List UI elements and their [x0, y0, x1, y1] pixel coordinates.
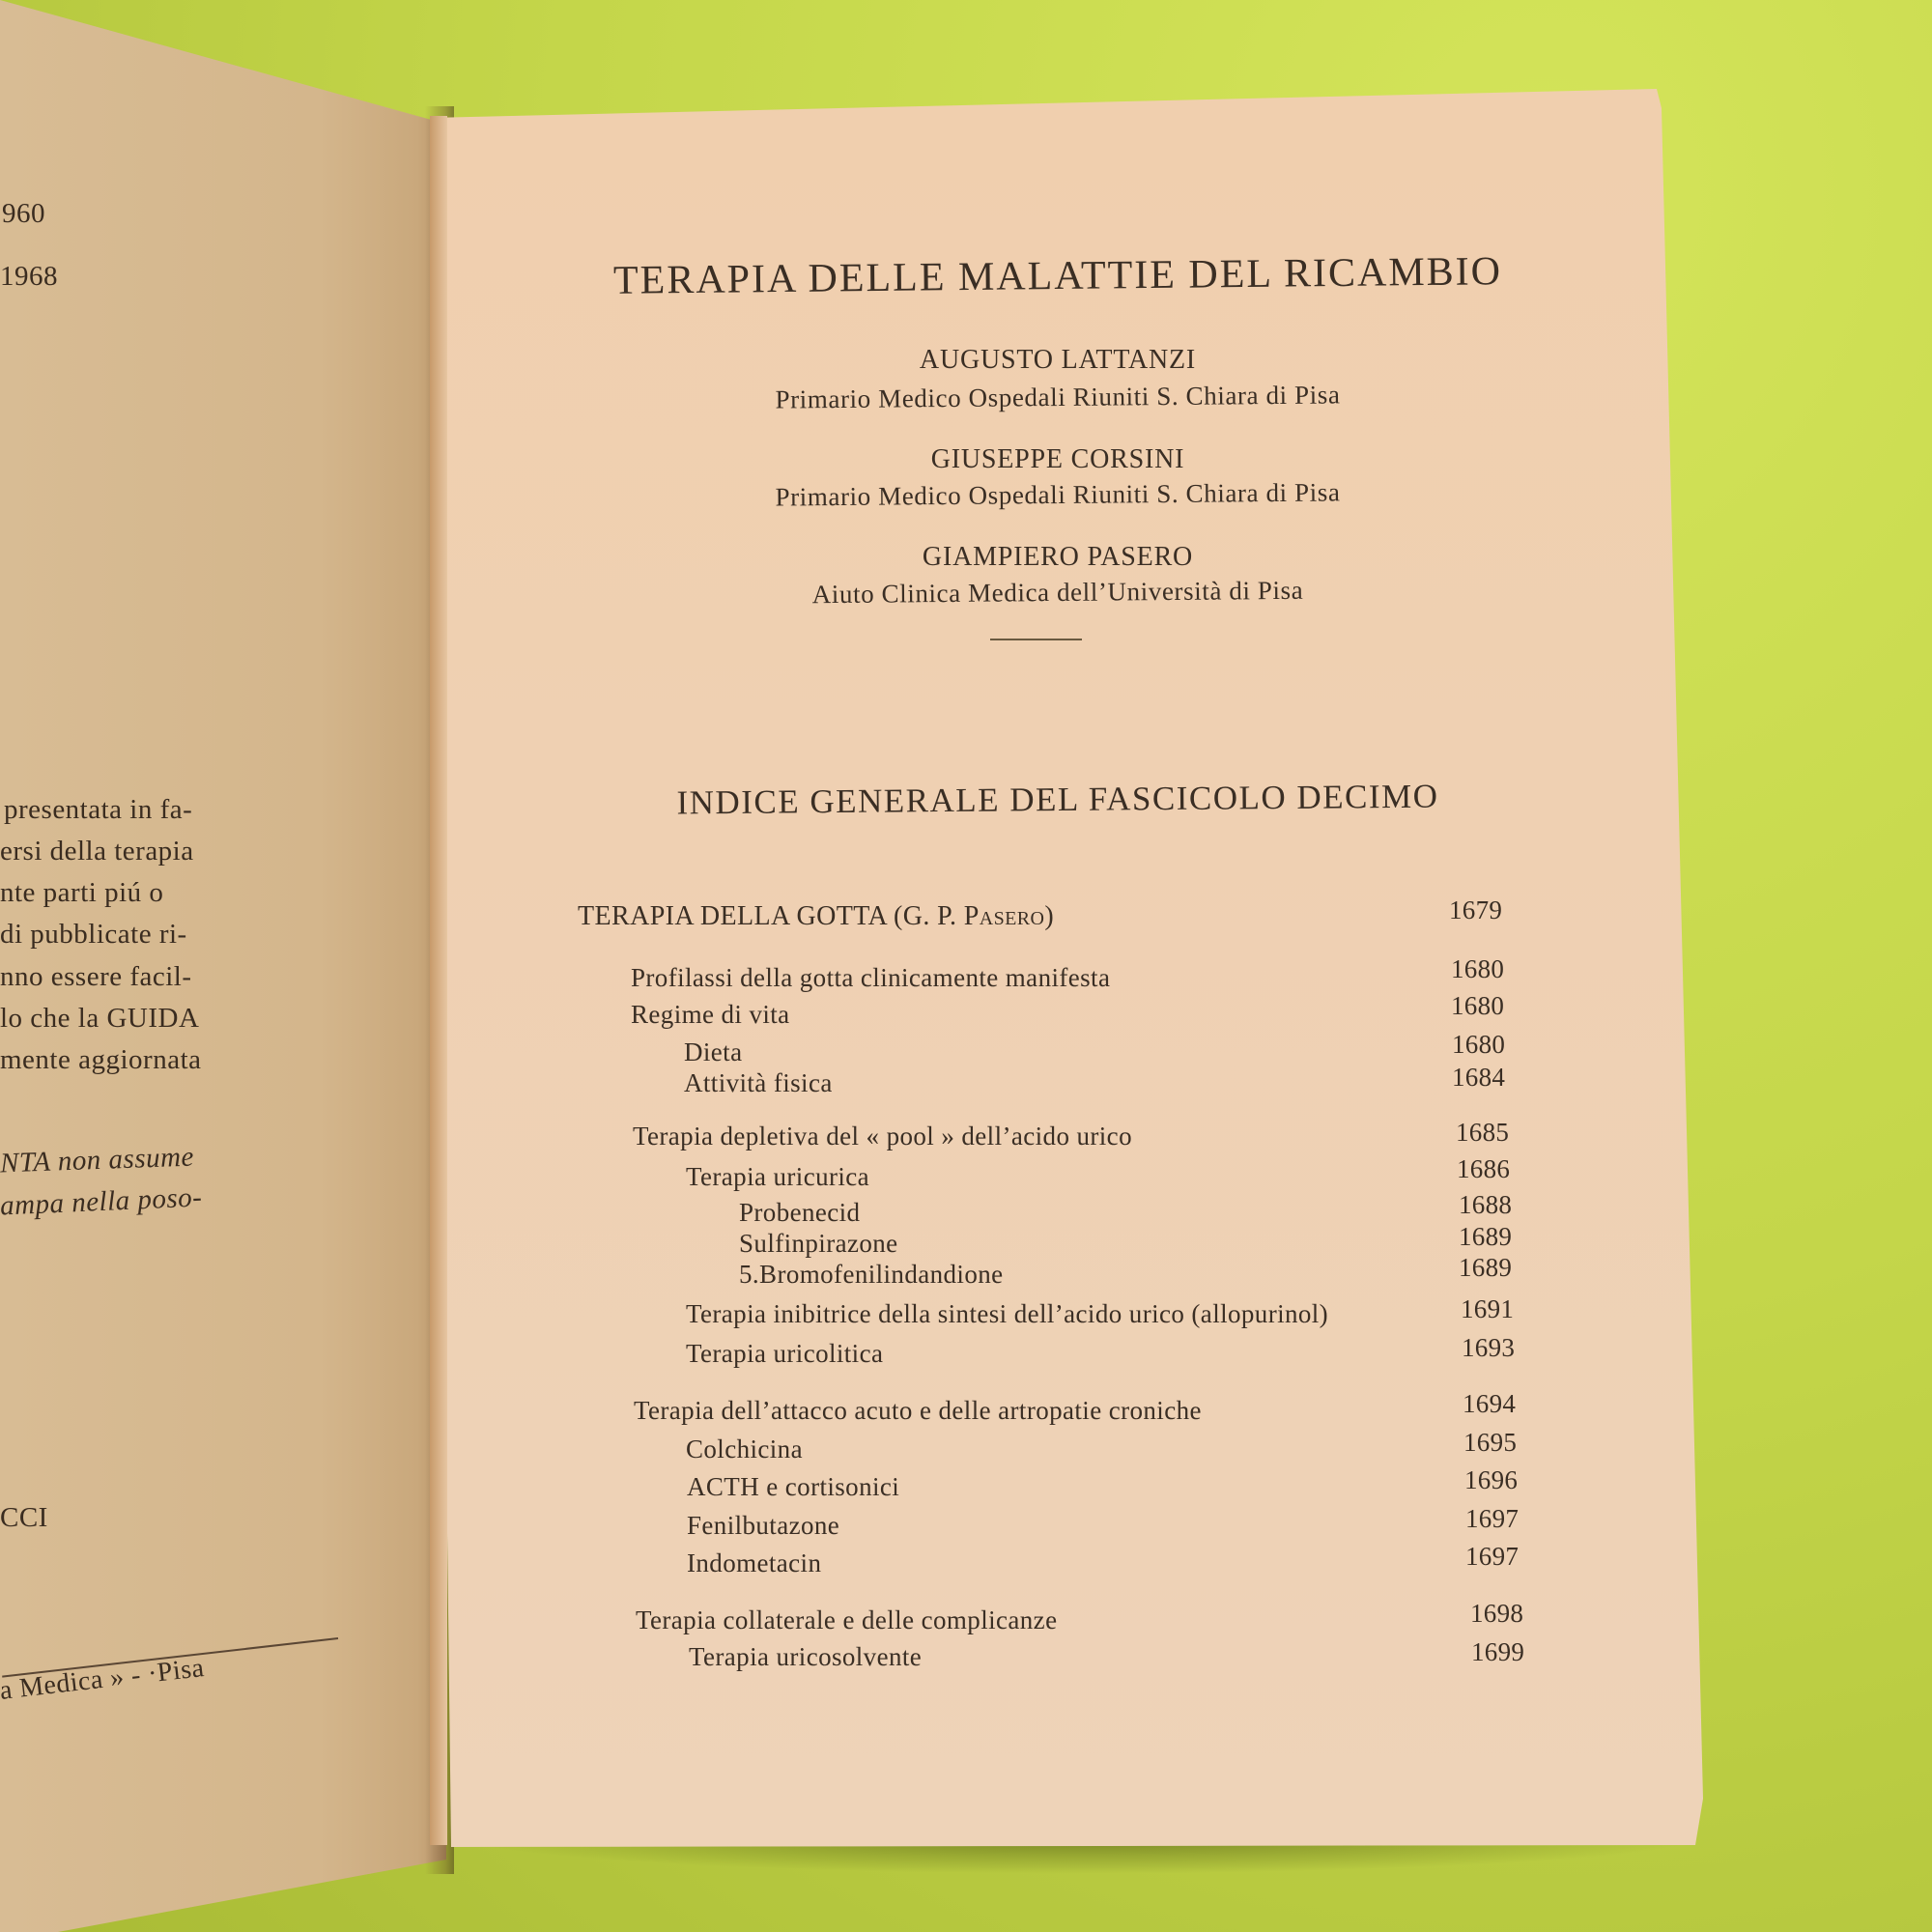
- toc-page-number: 1685: [1456, 1118, 1509, 1148]
- toc-entry: Indometacin: [687, 1548, 821, 1578]
- left-paragraph-line: nno essere facil-: [0, 961, 192, 993]
- toc-entry: Probenecid: [739, 1198, 860, 1228]
- left-paragraph-line: di pubblicate ri-: [0, 919, 187, 951]
- toc-page-number: 1694: [1463, 1389, 1516, 1419]
- author-name: AUGUSTO LATTANZI: [430, 345, 1686, 376]
- left-year-1: 960: [2, 198, 45, 230]
- toc-entry-author: (G. P. Pasero): [894, 901, 1054, 931]
- toc-entry: Attività fisica: [684, 1068, 833, 1098]
- toc-page-number: 1686: [1457, 1154, 1510, 1184]
- toc-page-number: 1697: [1465, 1542, 1519, 1572]
- toc-page-number: 1689: [1459, 1222, 1512, 1252]
- toc-entry: 5.Bromofenilindandione: [739, 1260, 1004, 1290]
- toc-entry-label: TERAPIA DELLA GOTTA: [578, 901, 887, 931]
- author-name: GIAMPIERO PASERO: [430, 542, 1686, 573]
- toc-entry: Terapia inibitrice della sintesi dell’ac…: [686, 1299, 1328, 1329]
- toc-page-number: 1680: [1451, 954, 1504, 984]
- left-italic-line: NTA non assume: [0, 1142, 194, 1180]
- toc-page-number: 1693: [1462, 1333, 1515, 1363]
- left-paragraph-line: mente aggiornata: [0, 1044, 202, 1076]
- left-paragraph-line: presentata in fa-: [4, 794, 192, 826]
- toc-page-number: 1696: [1464, 1465, 1518, 1495]
- left-paragraph-line: nte parti piú o: [0, 877, 163, 909]
- left-signature: CCI: [0, 1502, 48, 1534]
- toc-entry: Terapia collaterale e delle complicanze: [636, 1605, 1057, 1635]
- toc-page-number: 1680: [1452, 1030, 1505, 1060]
- author-name: GIUSEPPE CORSINI: [430, 444, 1686, 475]
- toc-page-number: 1697: [1465, 1504, 1519, 1534]
- toc-page-number: 1689: [1459, 1253, 1512, 1283]
- toc-entry: Terapia dell’attacco acuto e delle artro…: [634, 1396, 1202, 1426]
- toc-page-number: 1695: [1463, 1428, 1517, 1458]
- toc-entry: Profilassi della gotta clinicamente mani…: [631, 963, 1110, 993]
- toc-page-number: 1679: [1449, 895, 1502, 925]
- toc-entry: Regime di vita: [631, 1000, 790, 1030]
- toc-entry: Terapia depletiva del « pool » dell’acid…: [633, 1122, 1132, 1151]
- left-year-2: 1968: [0, 261, 58, 293]
- left-paragraph-line: ersi della terapia: [0, 836, 194, 867]
- left-paragraph-line: lo che la GUIDA: [0, 1003, 199, 1035]
- toc-page-number: 1680: [1451, 991, 1504, 1021]
- toc-page-number: 1688: [1459, 1190, 1512, 1220]
- toc-page-number: 1699: [1471, 1637, 1524, 1667]
- toc-page-number: 1684: [1452, 1063, 1505, 1093]
- toc-page-number: 1691: [1461, 1294, 1514, 1324]
- toc-entry: Sulfinpirazone: [739, 1229, 898, 1259]
- toc-entry: Colchicina: [686, 1435, 803, 1464]
- title-divider: [990, 639, 1082, 640]
- toc-entry: TERAPIA DELLA GOTTA (G. P. Pasero): [578, 901, 1054, 932]
- toc-entry: ACTH e cortisonici: [687, 1472, 899, 1502]
- toc-entry: Terapia uricolitica: [686, 1339, 883, 1369]
- toc-entry: Terapia uricosolvente: [689, 1642, 922, 1672]
- toc-page-number: 1698: [1470, 1599, 1523, 1629]
- toc-entry: Terapia uricurica: [686, 1162, 869, 1192]
- toc-entry: Fenilbutazone: [687, 1511, 839, 1541]
- toc-entry: Dieta: [684, 1037, 742, 1067]
